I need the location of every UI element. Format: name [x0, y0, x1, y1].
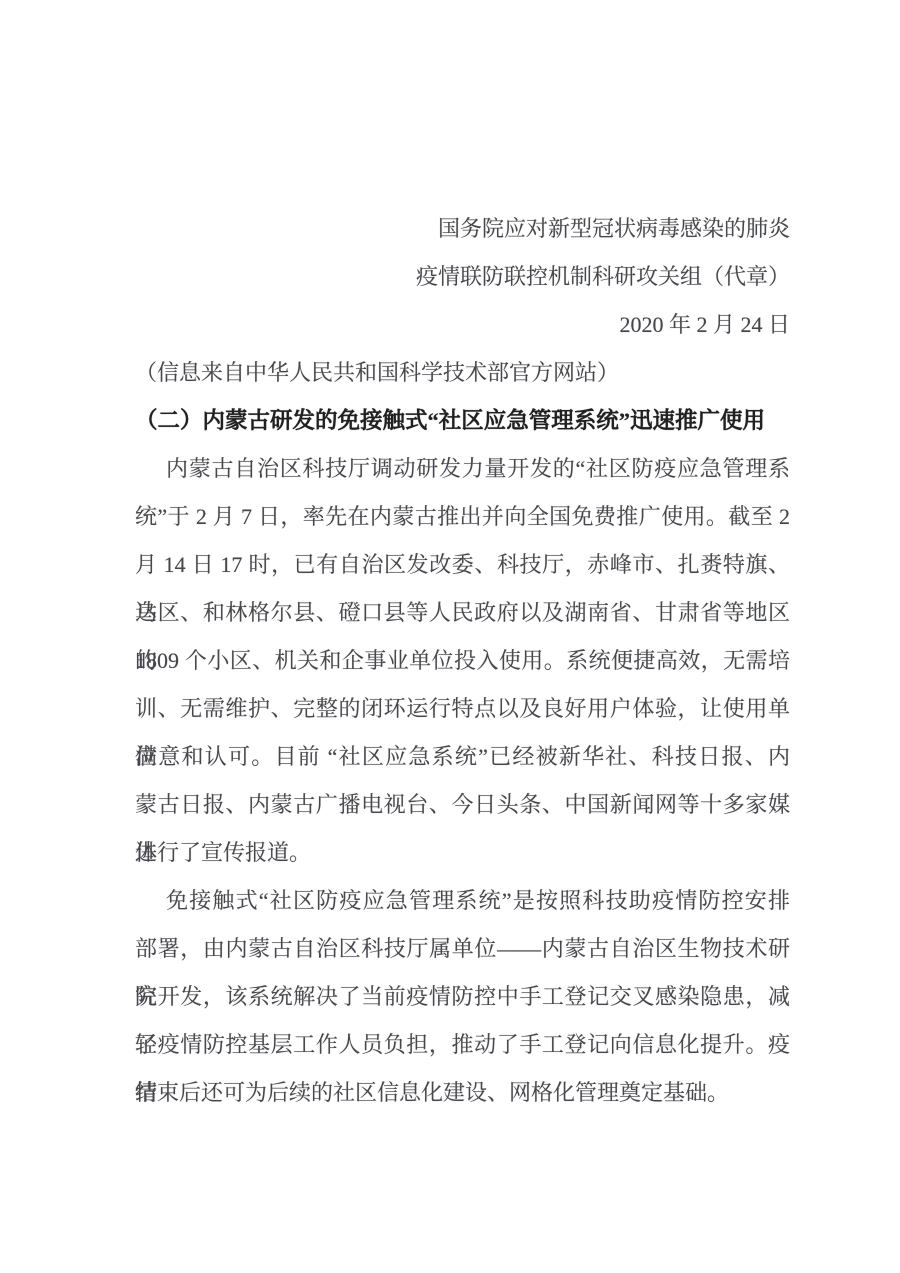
- signature-org-line-1: 国务院应对新型冠状病毒感染的肺炎: [135, 205, 790, 253]
- paragraph1-line: 内蒙古自治区科技厅调动研发力量开发的“社区防疫应急管理系: [135, 445, 790, 493]
- paragraph1-line: 进行了宣传报道。: [135, 829, 790, 877]
- document-content: 国务院应对新型冠状病毒感染的肺炎 疫情联防联控机制科研攻关组（代章） 2020 …: [135, 205, 790, 1117]
- paragraph2-line: 结束后还可为后续的社区信息化建设、网格化管理奠定基础。: [135, 1069, 790, 1117]
- paragraph1-line: 月 14 日 17 时，已有自治区发改委、科技厅，赤峰市、扎赉特旗、乌: [135, 541, 790, 589]
- section-heading: （二）内蒙古研发的免接触式“社区应急管理系统”迅速推广使用: [135, 397, 790, 445]
- paragraph2-line: 了疫情防控基层工作人员负担，推动了手工登记向信息化提升。疫情: [135, 1021, 790, 1069]
- paragraph1-line: 满意和认可。目前 “社区应急系统”已经被新华社、科技日报、内: [135, 733, 790, 781]
- signature-date: 2020 年 2 月 24 日: [135, 301, 790, 349]
- paragraph2-line: 院开发，该系统解决了当前疫情防控中手工登记交叉感染隐患，减轻: [135, 973, 790, 1021]
- paragraph1-line: 蒙古日报、内蒙古广播电视台、今日头条、中国新闻网等十多家媒体: [135, 781, 790, 829]
- document-page: 国务院应对新型冠状病毒感染的肺炎 疫情联防联控机制科研攻关组（代章） 2020 …: [0, 0, 900, 1273]
- paragraph1-line: 训、无需维护、完整的闭环运行特点以及良好用户体验，让使用单位: [135, 685, 790, 733]
- paragraph1-line: 1809 个小区、机关和企事业单位投入使用。系统便捷高效，无需培: [135, 637, 790, 685]
- paragraph2-line: 免接触式“社区防疫应急管理系统”是按照科技助疫情防控安排: [135, 877, 790, 925]
- paragraph2-line: 部署，由内蒙古自治区科技厅属单位——内蒙古自治区生物技术研究: [135, 925, 790, 973]
- signature-org-line-2: 疫情联防联控机制科研攻关组（代章）: [135, 253, 790, 301]
- source-note: （信息来自中华人民共和国科学技术部官方网站）: [135, 349, 790, 397]
- paragraph1-line: 达区、和林格尔县、磴口县等人民政府以及湖南省、甘肃省等地区的: [135, 589, 790, 637]
- paragraph1-line: 统”于 2 月 7 日，率先在内蒙古推出并向全国免费推广使用。截至 2: [135, 493, 790, 541]
